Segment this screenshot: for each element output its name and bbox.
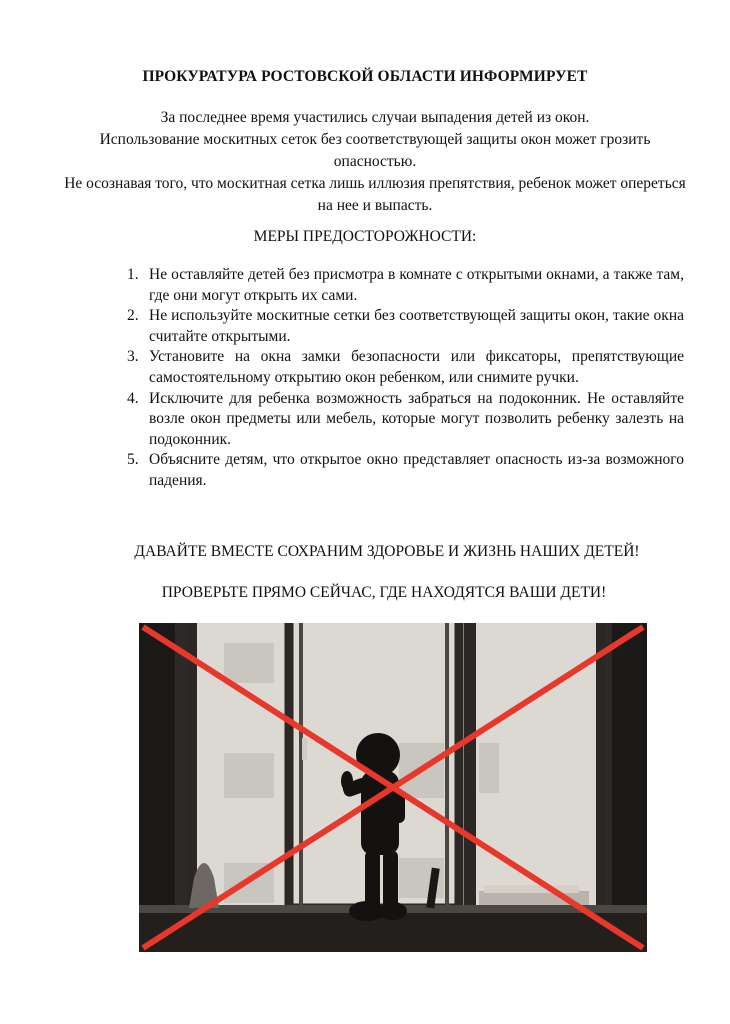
call-to-action-2: ПРОВЕРЬТЕ ПРЯМО СЕЙЧАС, ГДЕ НАХОДЯТСЯ ВА… — [0, 584, 730, 602]
warning-photo — [139, 623, 647, 952]
document-title: ПРОКУРАТУРА РОСТОВСКОЙ ОБЛАСТИ ИНФОРМИРУ… — [0, 68, 730, 86]
intro-line-2: Использование москитных сеток без соотве… — [60, 129, 690, 173]
intro-line-3: Не осознавая того, что москитная сетка л… — [60, 173, 690, 217]
intro-text: За последнее время участились случаи вып… — [60, 107, 690, 217]
list-text: Не оставляйте детей без присмотра в комн… — [149, 266, 684, 304]
list-text: Исключите для ребенка возможность забрат… — [149, 390, 684, 448]
measures-list: 1.Не оставляйте детей без присмотра в ко… — [127, 265, 684, 492]
list-number: 3. — [127, 347, 139, 368]
measures-heading: МЕРЫ ПРЕДОСТОРОЖНОСТИ: — [0, 228, 730, 246]
call-to-action-1: ДАВАЙТЕ ВМЕСТЕ СОХРАНИМ ЗДОРОВЬЕ И ЖИЗНЬ… — [0, 543, 730, 561]
intro-line-1: За последнее время участились случаи вып… — [60, 107, 690, 129]
list-item: 3.Установите на окна замки безопасности … — [127, 347, 684, 388]
list-number: 2. — [127, 306, 139, 327]
list-number: 4. — [127, 389, 139, 410]
list-item: 4.Исключите для ребенка возможность забр… — [127, 389, 684, 451]
list-number: 1. — [127, 265, 139, 286]
list-text: Установите на окна замки безопасности ил… — [149, 348, 684, 386]
child-at-window-illustration — [139, 623, 647, 952]
list-item: 2.Не используйте москитные сетки без соо… — [127, 306, 684, 347]
list-item: 1.Не оставляйте детей без присмотра в ко… — [127, 265, 684, 306]
list-text: Объясните детям, что открытое окно предс… — [149, 451, 684, 489]
list-item: 5.Объясните детям, что открытое окно пре… — [127, 450, 684, 491]
list-text: Не используйте москитные сетки без соотв… — [149, 307, 684, 345]
list-number: 5. — [127, 450, 139, 471]
